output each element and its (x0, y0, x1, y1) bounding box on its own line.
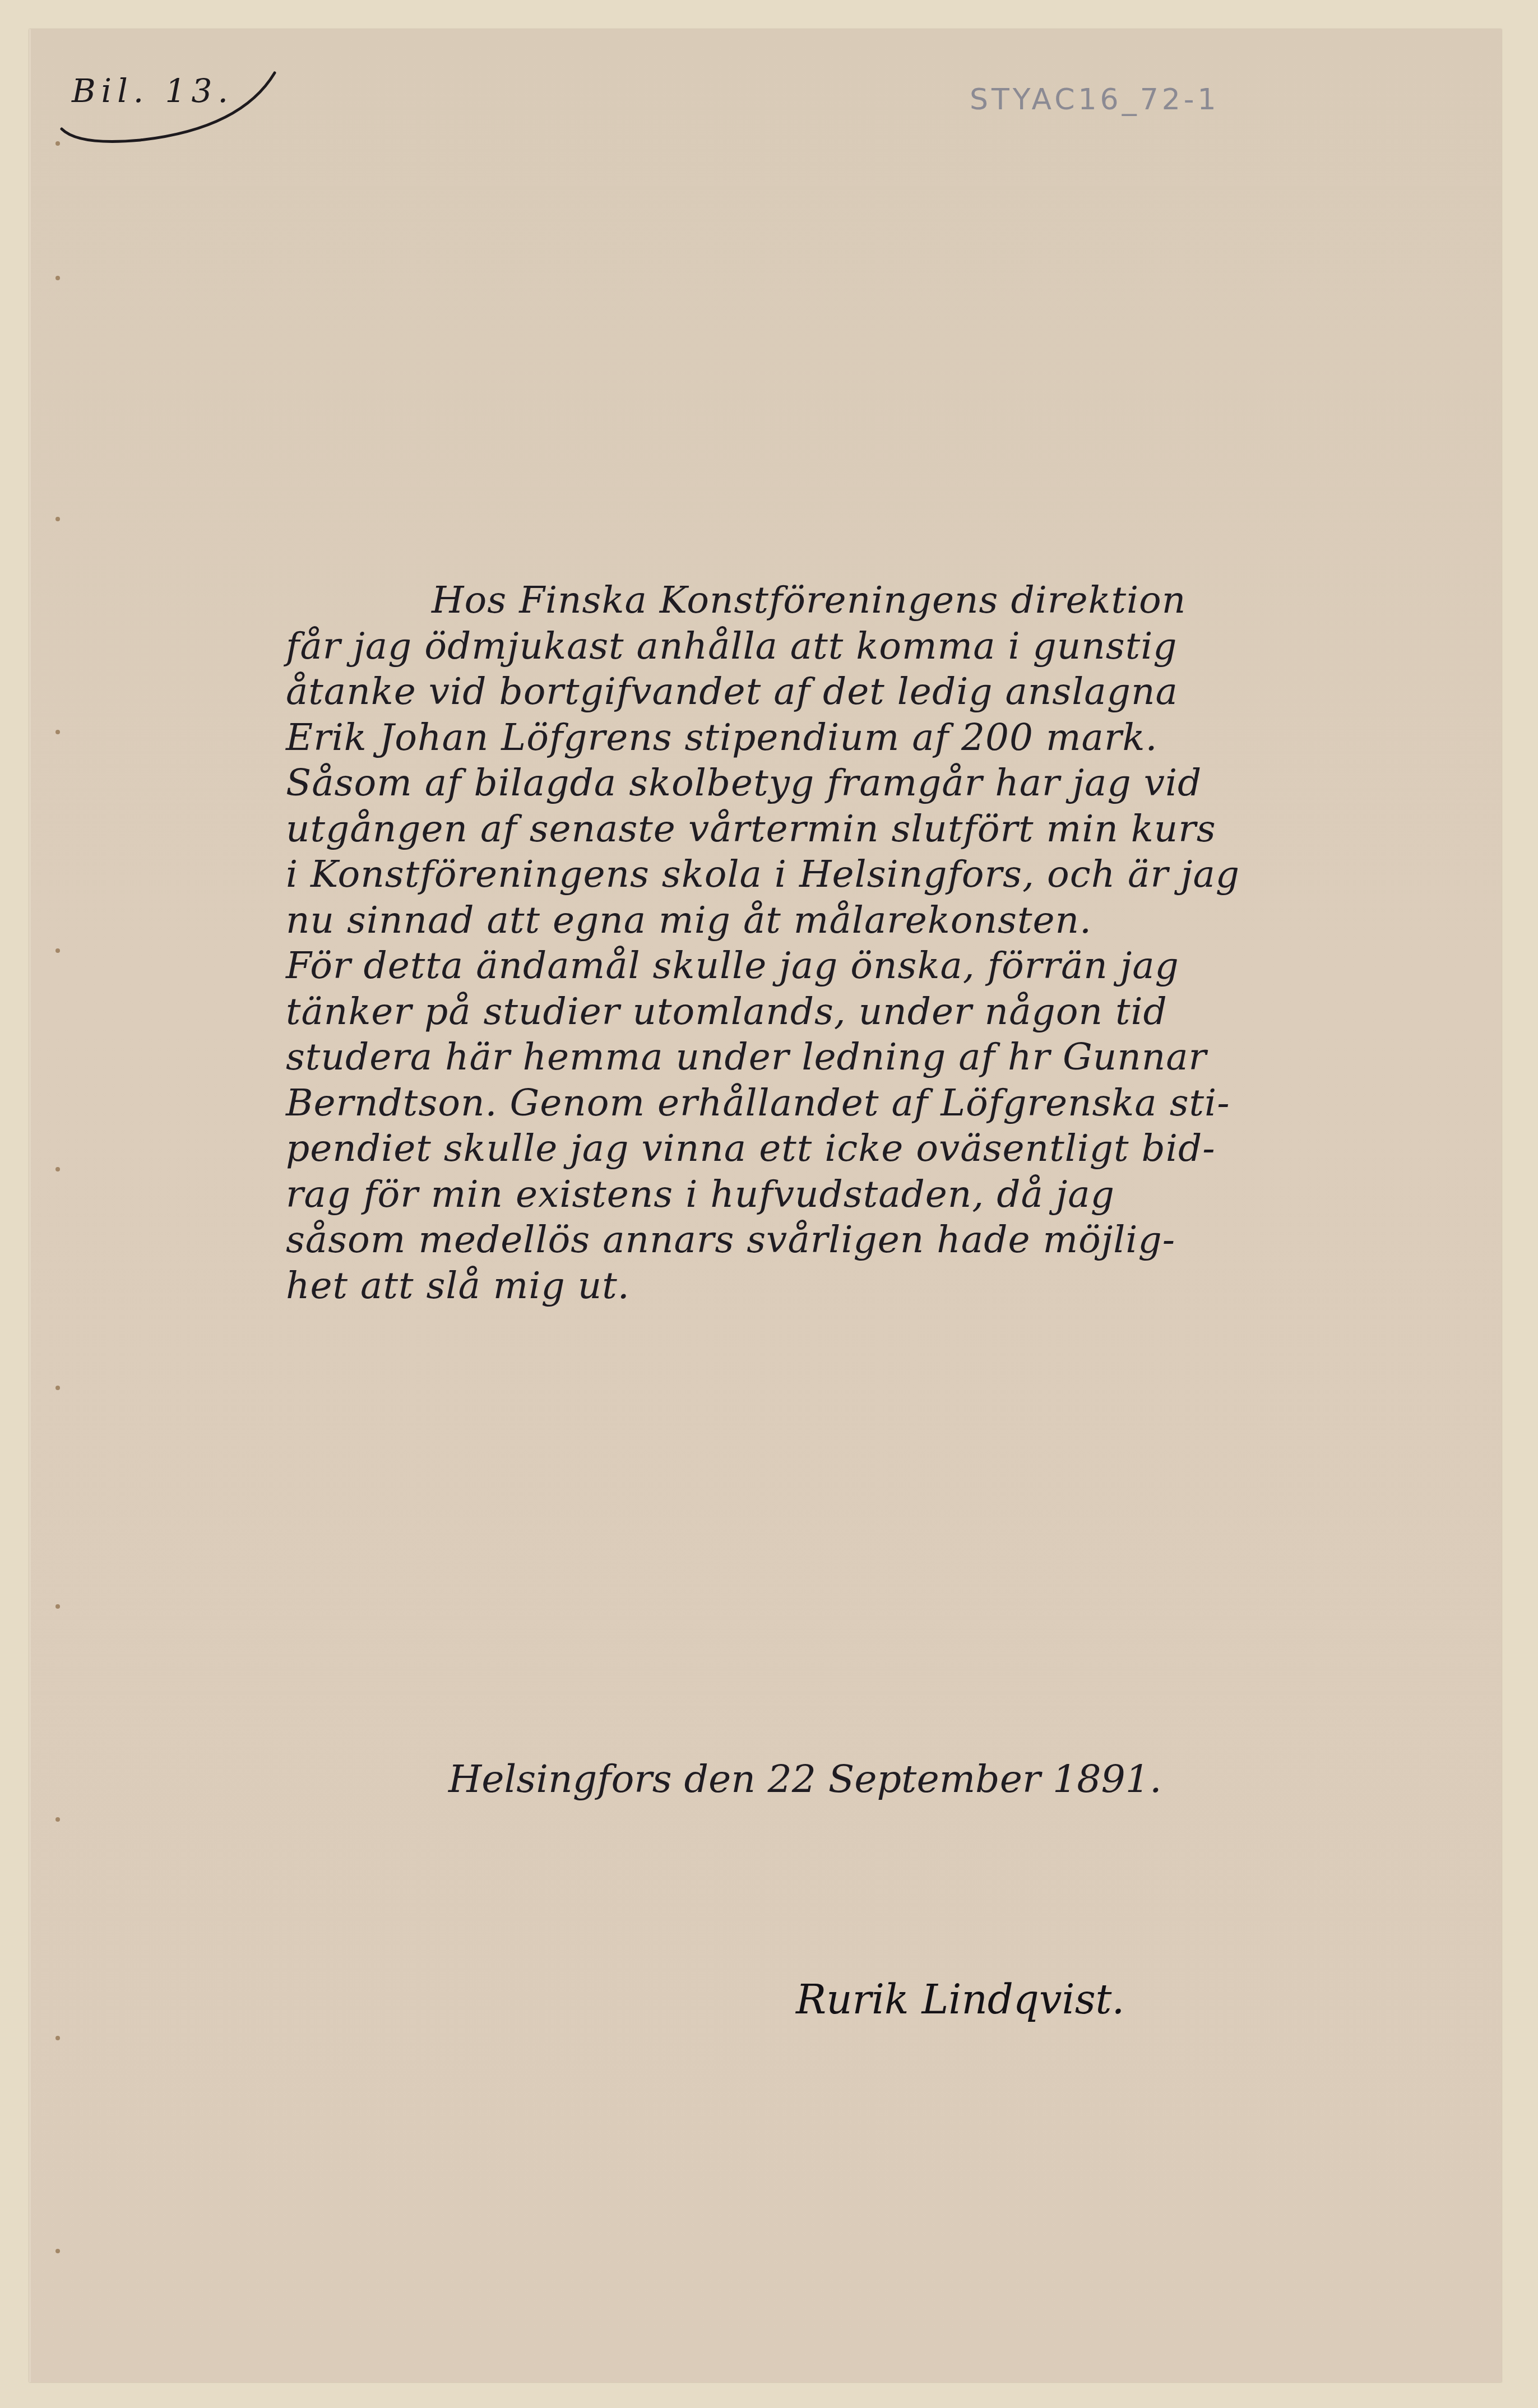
signature: Rurik Lindqvist. (796, 1976, 1124, 2023)
archive-id: STYAC16_72-1 (970, 83, 1220, 117)
binding-hole (55, 2036, 60, 2040)
letter-line: utgången af senaste vårtermin slutfört m… (286, 806, 1502, 852)
binding-hole (55, 1167, 60, 1171)
letter-line: studera här hemma under ledning af hr Gu… (286, 1034, 1502, 1080)
binding-hole (55, 1604, 60, 1609)
place-date: Helsingfors den 22 September 1891. (448, 1757, 1162, 1802)
binding-hole (55, 948, 60, 953)
letter-line: Såsom af bilagda skolbetyg framgår har j… (286, 760, 1502, 806)
letter-line: åtanke vid bortgifvandet af det ledig an… (286, 669, 1502, 715)
letter-line: pendiet skulle jag vinna ett icke oväsen… (286, 1126, 1502, 1171)
letter-line: Erik Johan Löfgrens stipendium af 200 ma… (286, 715, 1502, 761)
binding-hole (55, 730, 60, 734)
binding-hole (55, 1386, 60, 1390)
letter-line: rag för min existens i hufvudstaden, då … (286, 1171, 1502, 1217)
letter-line: För detta ändamål skulle jag önska, förr… (286, 943, 1502, 989)
binding-hole (55, 276, 60, 280)
letter-body: Hos Finska Konstföreningens direktion få… (286, 577, 1502, 1308)
binding-hole (55, 1817, 60, 1822)
letter-line: såsom medellös annars svårligen hade möj… (286, 1217, 1502, 1263)
letter-line: nu sinnad att egna mig åt målarekonsten. (286, 897, 1502, 943)
letter-line: het att slå mig ut. (286, 1263, 1502, 1309)
letter-line: i Konstföreningens skola i Helsingfors, … (286, 851, 1502, 897)
letter-line: får jag ödmjukast anhålla att komma i gu… (286, 623, 1502, 669)
letter-line: tänker på studier utomlands, under någon… (286, 989, 1502, 1035)
binding-hole (55, 2249, 60, 2253)
binding-hole (55, 517, 60, 521)
letter-line: Berndtson. Genom erhållandet af Löfgrens… (286, 1080, 1502, 1126)
annotation-label: Bil. 13. (72, 72, 234, 110)
letter-line: Hos Finska Konstföreningens direktion (286, 577, 1502, 623)
